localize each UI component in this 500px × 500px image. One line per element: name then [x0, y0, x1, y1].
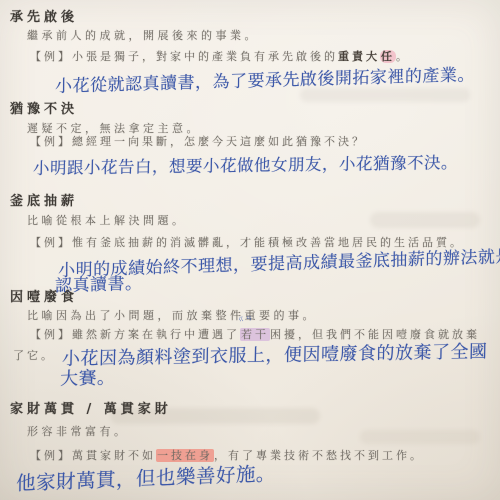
workbook-page: 承先啟後 繼承前人的成就，開展後來的事業。 【例】小張是獨子，對家中的產業負有承… [0, 0, 500, 500]
idiom-definition-5: 形容非常富有。 [27, 423, 129, 439]
bleed-through-smudge [370, 212, 480, 228]
example-text: 了它。 [13, 349, 55, 362]
idiom-definition-4: 比喻因為出了小問題，而放棄整件重要的事。 [27, 307, 317, 323]
idiom-heading-2: 猶豫不決 [10, 98, 78, 117]
idiom-definition-3: 比喻從根本上解決問題。 [27, 212, 187, 228]
idiom-example-1: 【例】小張是獨子，對家中的產業負有承先啟後的重責大任。 [30, 48, 410, 64]
example-highlighted-phrase: 若干 [240, 328, 270, 341]
example-text: 【例】雖然新方案在執行中遭遇了 [30, 328, 240, 341]
idiom-definition-1: 繼承前人的成就，開展後來的事業。 [27, 27, 259, 43]
handwritten-annotation: ㄍㄢ [236, 312, 253, 325]
example-text: 【例】小張是獨子，對家中的產業負有承先啟後的 [30, 50, 338, 63]
idiom-heading-3: 釜底抽薪 [10, 190, 78, 209]
idiom-heading-4: 因噎廢食 [10, 286, 78, 305]
idiom-heading-5: 家財萬貫 / 萬貫家財 [10, 398, 172, 417]
idiom-example-4-line2: 了它。 [13, 347, 55, 363]
idiom-example-2: 【例】總經理一向果斷，怎麼今天這麼如此猶豫不決？ [30, 133, 366, 149]
bleed-through-smudge [300, 88, 470, 102]
example-highlighted-char: 任 [380, 50, 396, 63]
handwritten-sentence-4b: 大賽。 [60, 363, 116, 390]
idiom-heading-1: 承先啟後 [10, 6, 78, 25]
bleed-through-smudge [360, 430, 480, 444]
handwritten-sentence-2: 小明跟小花告白，想要小花做他女朋友，小花猶豫不決。 [33, 149, 458, 179]
handwritten-sentence-5: 他家財萬貫，但也樂善好施。 [16, 458, 276, 496]
example-bold-phrase: 重責大 [338, 50, 380, 63]
example-text: 【例】總經理一向果斷，怎麼今天這麼如此猶豫不決？ [30, 135, 366, 148]
handwritten-sentence-4a: 小花因為顏料塗到衣服上，便因噎廢食的放棄了全國 [62, 337, 488, 370]
example-text: 【例】萬貫家財不如 [30, 449, 156, 462]
